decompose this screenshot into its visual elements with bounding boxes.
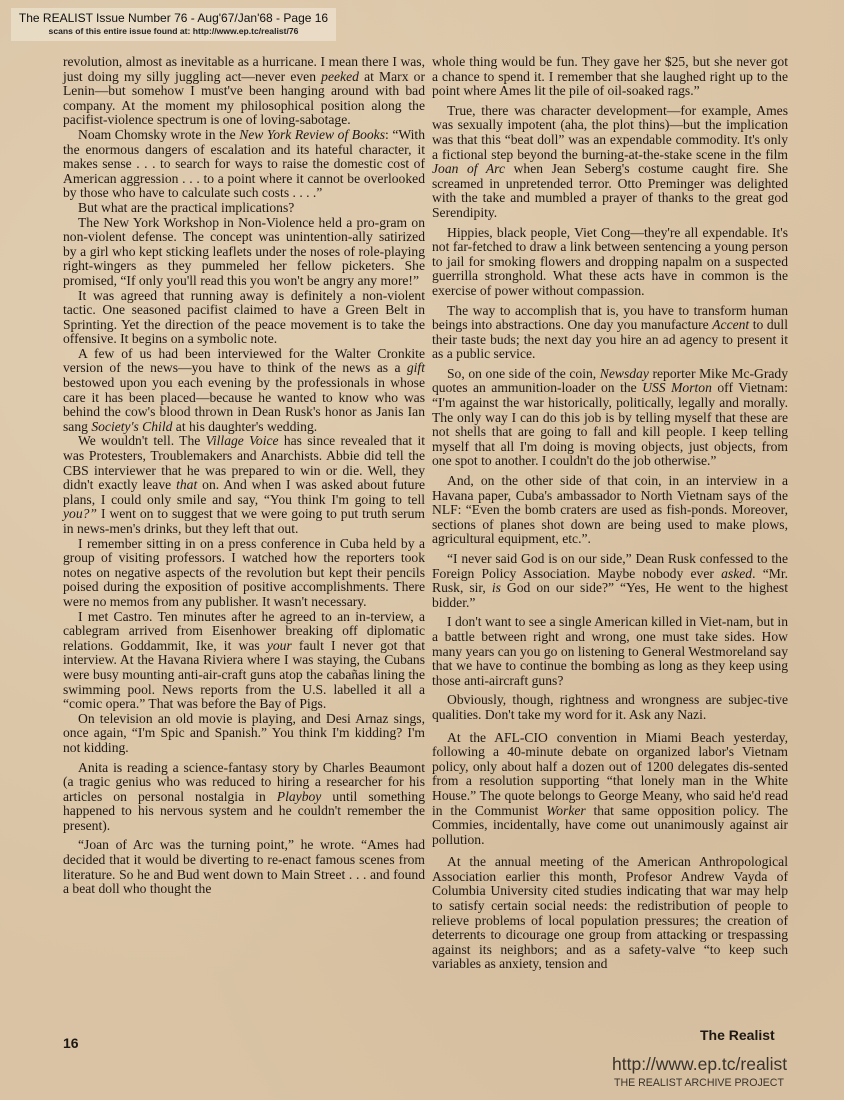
- italic-title: Accent: [712, 317, 749, 332]
- article-paragraph: On television an old movie is playing, a…: [63, 712, 425, 756]
- article-paragraph: We wouldn't tell. The Village Voice has …: [63, 434, 425, 536]
- article-paragraph: And, on the other side of that coin, in …: [432, 474, 788, 547]
- article-paragraph: Noam Chomsky wrote in the New York Revie…: [63, 128, 425, 201]
- archive-project-name: THE REALIST ARCHIVE PROJECT: [614, 1077, 784, 1089]
- article-paragraph: revolution, almost as inevitable as a hu…: [63, 55, 425, 128]
- scan-header: The REALIST Issue Number 76 - Aug'67/Jan…: [11, 8, 336, 41]
- italic-title: is: [492, 580, 501, 595]
- article-paragraph: I don't want to see a single American ki…: [432, 615, 788, 688]
- archive-link[interactable]: http://www.ep.tc/realist: [612, 1054, 787, 1075]
- article-paragraph: But what are the practical implications?: [63, 201, 425, 216]
- italic-title: Worker: [546, 803, 586, 818]
- article-paragraph: “I never said God is on our side,” Dean …: [432, 552, 788, 610]
- article-paragraph: I remember sitting in on a press confere…: [63, 537, 425, 610]
- italic-title: asked: [721, 566, 752, 581]
- article-paragraph: whole thing would be fun. They gave her …: [432, 55, 788, 99]
- article-paragraph: True, there was character development—fo…: [432, 104, 788, 221]
- article-paragraph: At the AFL-CIO convention in Miami Beach…: [432, 731, 788, 848]
- italic-title: New York Review of Books: [239, 127, 385, 142]
- article-paragraph: “Joan of Arc was the turning point,” he …: [63, 838, 425, 896]
- article-paragraph: It was agreed that running away is defin…: [63, 289, 425, 347]
- article-paragraph: A few of us had been interviewed for the…: [63, 347, 425, 435]
- italic-title: Village Voice: [206, 433, 279, 448]
- article-paragraph: Hippies, black people, Viet Cong—they're…: [432, 226, 788, 299]
- italic-title: that: [176, 477, 197, 492]
- issue-source-note: scans of this entire issue found at: htt…: [11, 26, 336, 37]
- italic-title: Newsday: [600, 366, 649, 381]
- article-paragraph: The New York Workshop in Non-Violence he…: [63, 216, 425, 289]
- italic-title: Joan of Arc: [432, 161, 505, 176]
- italic-title: Society's Child: [91, 419, 172, 434]
- article-paragraph: I met Castro. Ten minutes after he agree…: [63, 610, 425, 712]
- article-column-left: revolution, almost as inevitable as a hu…: [63, 55, 425, 897]
- page-number: 16: [63, 1035, 79, 1051]
- italic-title: peeked: [321, 69, 359, 84]
- article-paragraph: So, on one side of the coin, Newsday rep…: [432, 367, 788, 469]
- italic-title: USS Morton: [642, 380, 712, 395]
- publication-name: The Realist: [700, 1027, 775, 1043]
- issue-title: The REALIST Issue Number 76 - Aug'67/Jan…: [11, 8, 336, 26]
- article-paragraph: At the annual meeting of the American An…: [432, 855, 788, 972]
- article-paragraph: Anita is reading a science-fantasy story…: [63, 761, 425, 834]
- italic-title: you?”: [63, 506, 97, 521]
- article-paragraph: Obviously, though, rightness and wrongne…: [432, 693, 788, 722]
- italic-title: gift: [407, 360, 425, 375]
- italic-title: Playboy: [277, 789, 322, 804]
- article-paragraph: The way to accomplish that is, you have …: [432, 304, 788, 362]
- article-column-right: whole thing would be fun. They gave her …: [432, 55, 788, 972]
- italic-title: your: [267, 638, 292, 653]
